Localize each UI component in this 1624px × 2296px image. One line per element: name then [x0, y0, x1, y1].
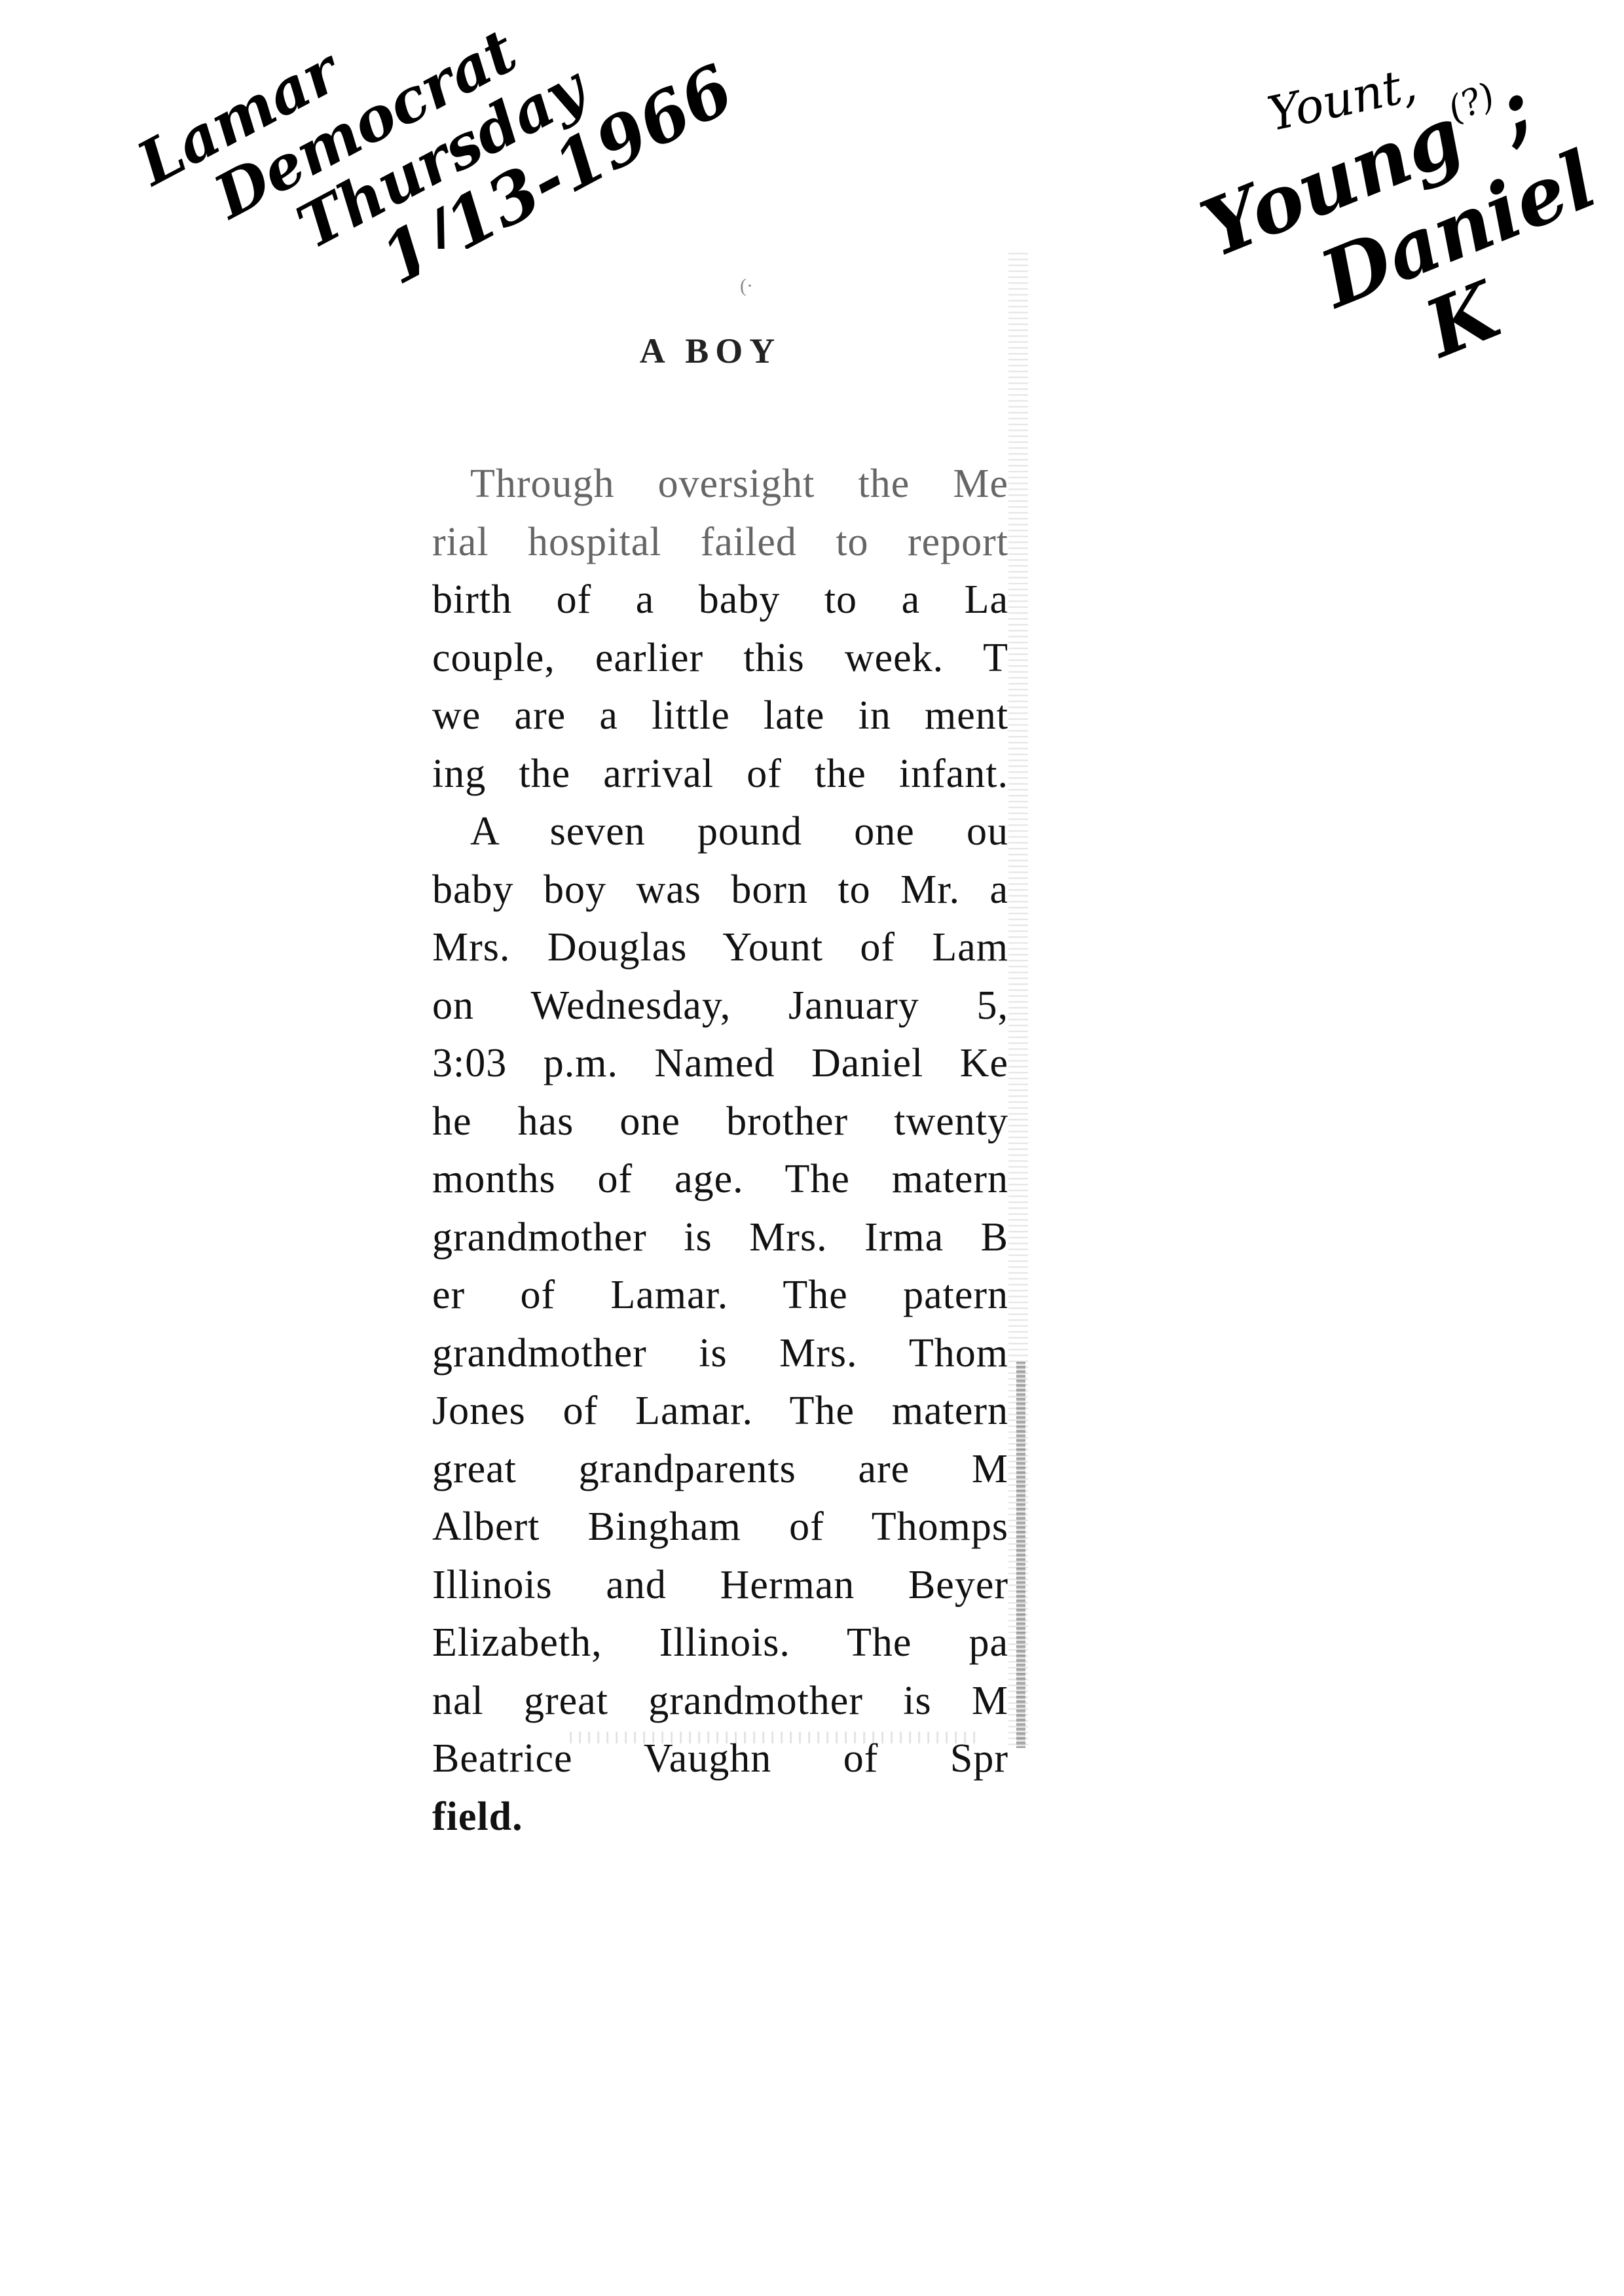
article-line: Mrs. Douglas Yount of Lam: [432, 919, 1008, 977]
article-line: Elizabeth, Illinois. The pa: [432, 1614, 1008, 1672]
article-line: ing the arrival of the infant.: [432, 745, 1008, 803]
article-line: great grandparents are M: [432, 1440, 1008, 1499]
article-line: grandmother is Mrs. Thom: [432, 1324, 1008, 1383]
article-line: Jones of Lamar. The matern: [432, 1382, 1008, 1440]
article-line: rial hospital failed to report: [432, 513, 1008, 572]
article-line: baby boy was born to Mr. a: [432, 861, 1008, 919]
newspaper-clipping: (· A BOY Through oversight the Me rial h…: [419, 249, 1028, 1748]
article-line: birth of a baby to a La: [432, 571, 1008, 629]
article-line: Through oversight the Me: [432, 455, 1008, 513]
handwritten-name-note: Young(?); Daniel K: [1192, 55, 1624, 433]
article-line: on Wednesday, January 5,: [432, 977, 1008, 1035]
article-line: couple, earlier this week. T: [432, 629, 1008, 687]
article-line: 3:03 p.m. Named Daniel Ke: [432, 1034, 1008, 1093]
article-line: nal great grandmother is M: [432, 1672, 1008, 1730]
article-line: Albert Bingham of Thomps: [432, 1498, 1008, 1556]
article-body: Through oversight the Me rial hospital f…: [432, 455, 1008, 1846]
article-line: A seven pound one ou: [432, 803, 1008, 861]
folio-mark: (·: [740, 275, 753, 297]
clipping-bottom-smudge: [563, 1732, 982, 1743]
article-line: we are a little late in ment: [432, 687, 1008, 745]
article-line: Illinois and Herman Beyer: [432, 1556, 1008, 1614]
article-line-last: field.: [432, 1788, 1008, 1846]
clipping-edge-shadow: [1016, 1362, 1025, 1748]
article-line: grandmother is Mrs. Irma B: [432, 1209, 1008, 1267]
article-line: months of age. The matern: [432, 1150, 1008, 1209]
article-line: he has one brother twenty: [432, 1093, 1008, 1151]
article-headline: A BOY: [419, 331, 1002, 371]
article-line: er of Lamar. The patern: [432, 1266, 1008, 1324]
